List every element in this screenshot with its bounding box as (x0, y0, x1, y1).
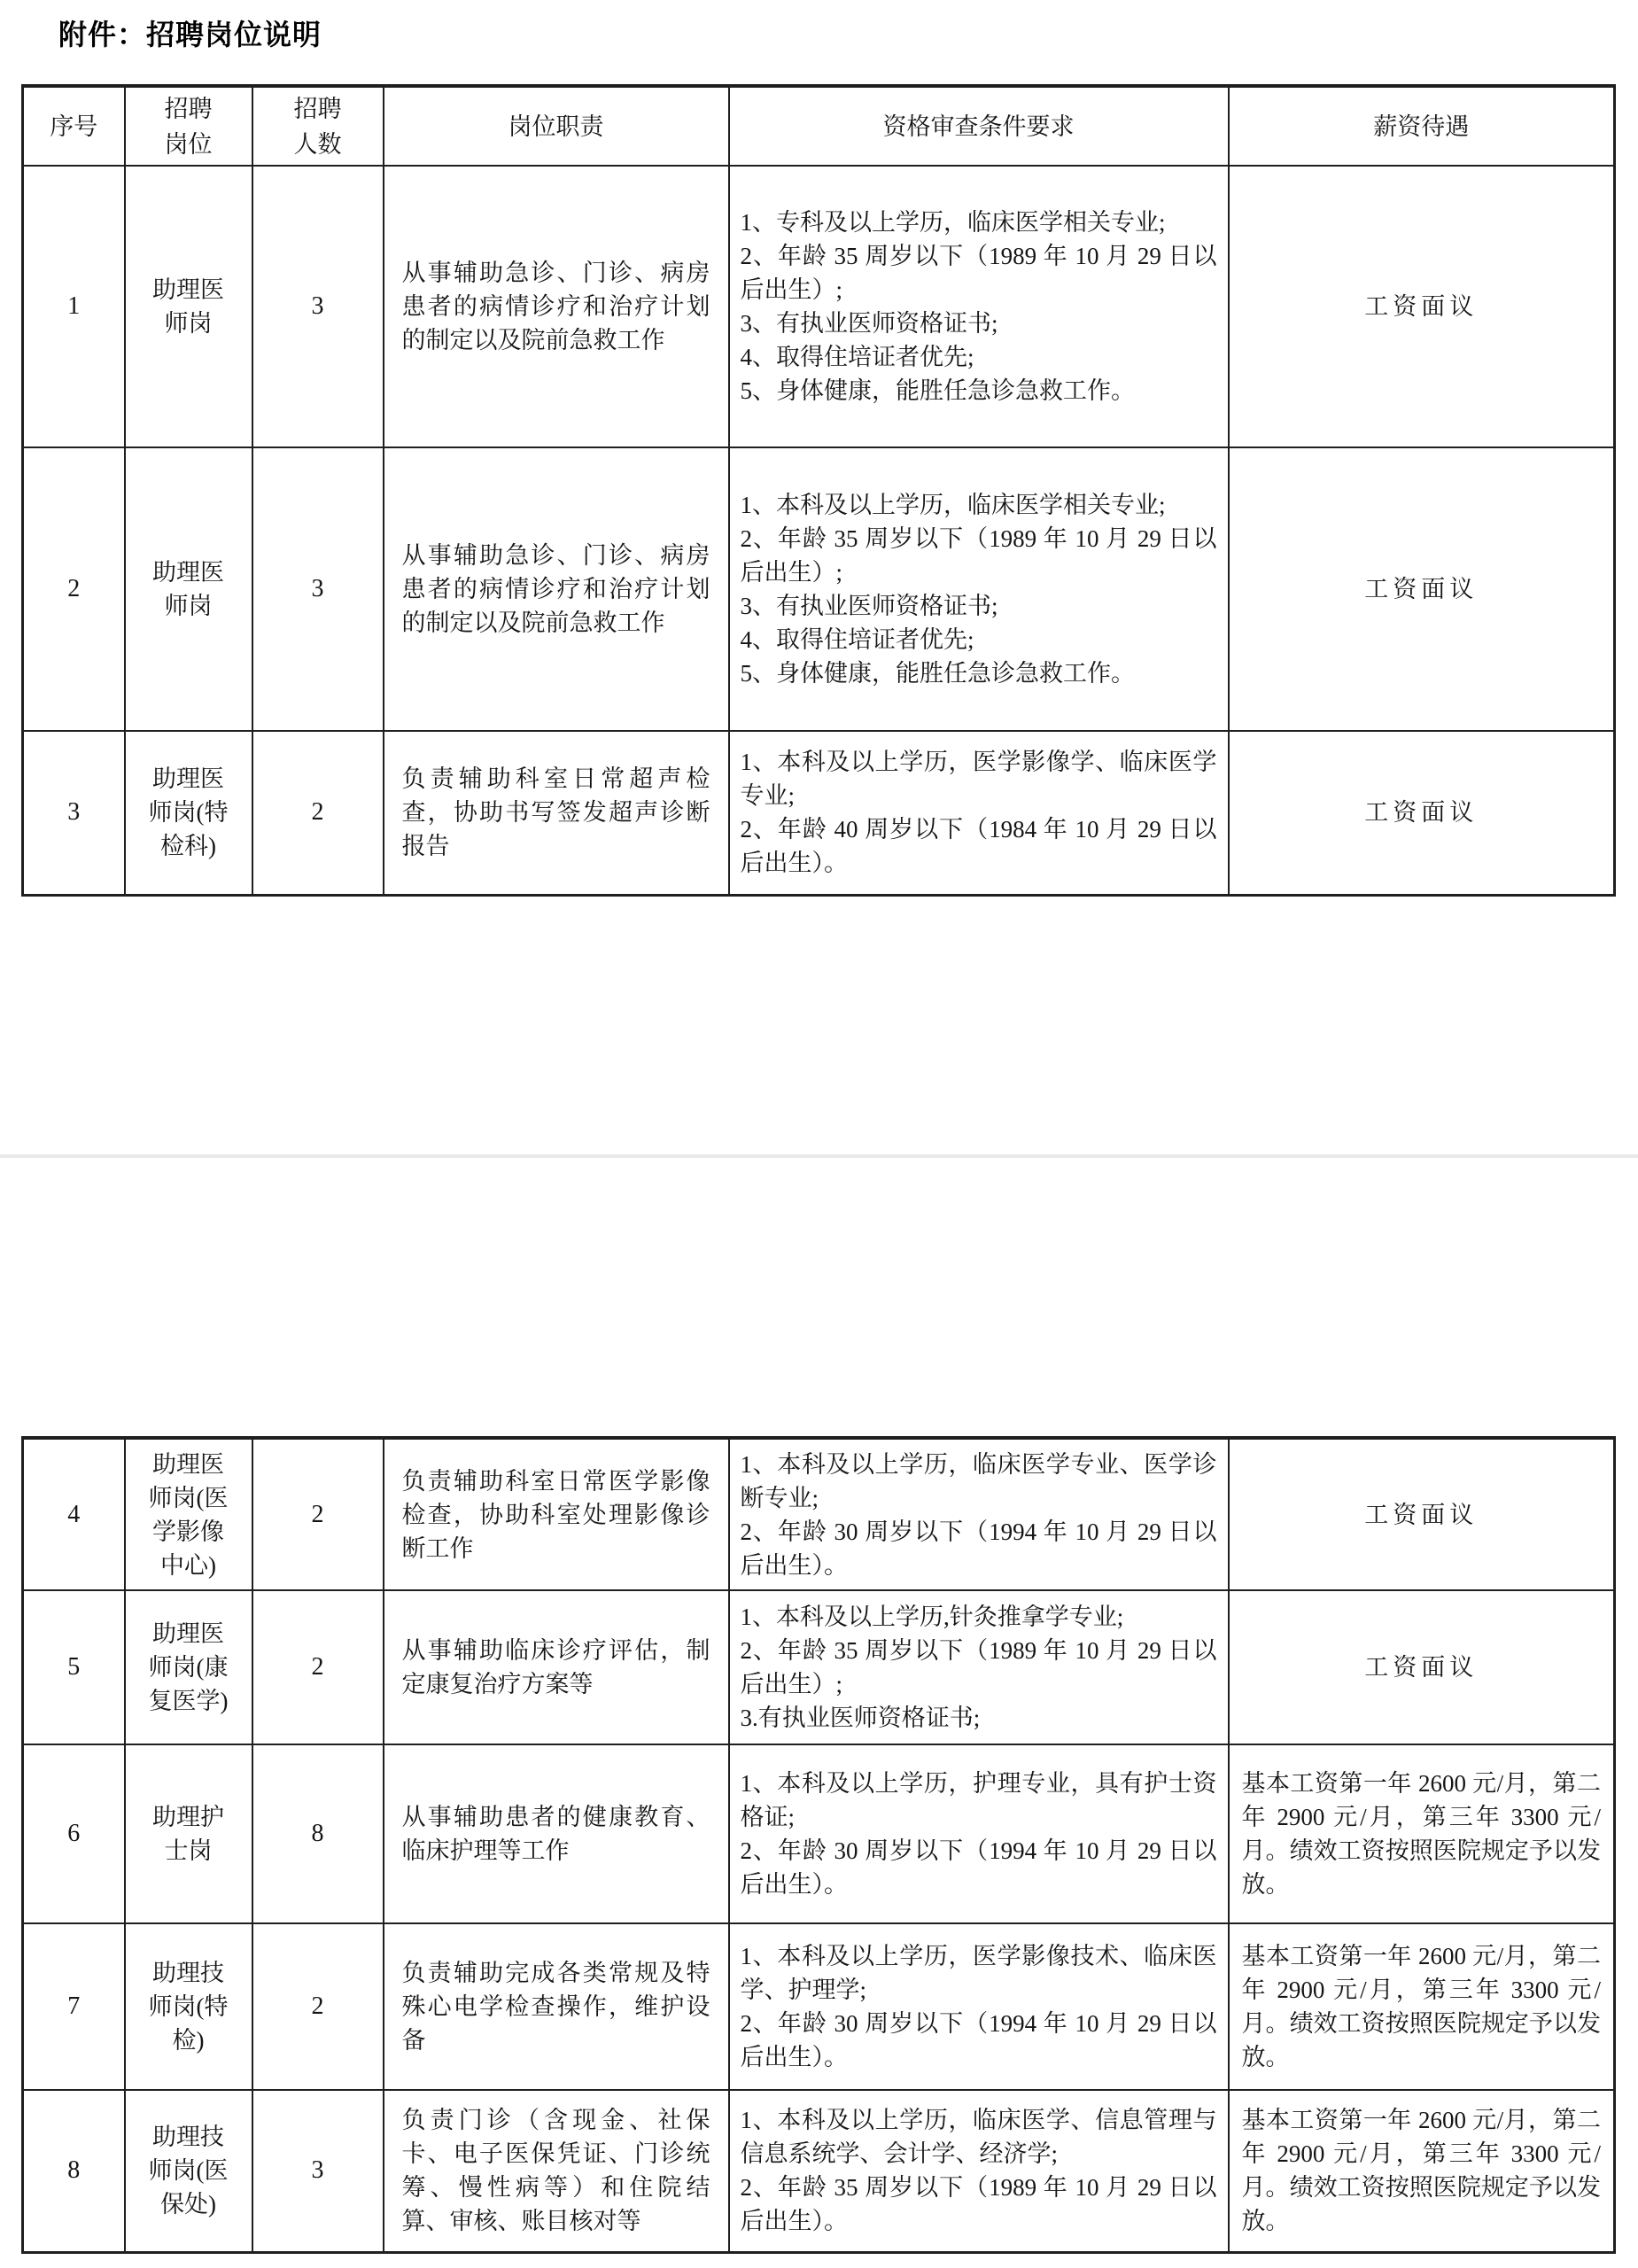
duty-cell: 负责辅助科室日常医学影像检查，协助科室处理影像诊断工作 (384, 1438, 729, 1590)
row-number-cell: 4 (23, 1438, 125, 1590)
headcount-cell: 3 (252, 2090, 384, 2252)
headcount-cell: 2 (252, 1590, 384, 1744)
headcount-cell: 3 (252, 447, 384, 731)
table-row: 5 助理医师岗(康复医学) 2 从事辅助临床诊疗评估，制定康复治疗方案等 1、本… (23, 1590, 1615, 1744)
table-row: 7 助理技师岗(特检) 2 负责辅助完成各类常规及特殊心电学检查操作，维护设备 … (23, 1923, 1615, 2090)
header-salary: 薪资待遇 (1229, 86, 1615, 166)
table-row: 6 助理护士岗 8 从事辅助患者的健康教育、临床护理等工作 1、本科及以上学历，… (23, 1744, 1615, 1923)
qualification-item: 1、本科及以上学历，医学影像学、临床医学专业; (741, 745, 1217, 812)
row-number-cell: 8 (23, 2090, 125, 2252)
qualification-item: 1、本科及以上学历,针灸推拿学专业; (741, 1600, 1217, 1634)
row-number-cell: 1 (23, 166, 125, 447)
qualification-item: 1、本科及以上学历，护理专业，具有护士资格证; (741, 1767, 1217, 1834)
qualification-item: 5、身体健康，能胜任急诊急救工作。 (741, 656, 1217, 690)
attachment-title: 附件：招聘岗位说明 (58, 12, 322, 53)
table-header-row: 序号 招聘 岗位 招聘 人数 岗位职责 资格审查条件要求 薪资待遇 (23, 86, 1615, 166)
qualification-item: 1、专科及以上学历，临床医学相关专业; (741, 206, 1217, 239)
position-cell: 助理技师岗(医保处) (125, 2090, 252, 2252)
salary-cell: 工资面议 (1229, 1438, 1615, 1590)
headcount-cell: 2 (252, 731, 384, 895)
qualification-item: 2、年龄 30 周岁以下（1994 年 10 月 29 日以后出生）。 (741, 2007, 1217, 2074)
qualification-item: 5、身体健康，能胜任急诊急救工作。 (741, 374, 1217, 408)
headcount-cell: 2 (252, 1438, 384, 1590)
salary-cell: 基本工资第一年 2600 元/月，第二年 2900 元/月，第三年 3300 元… (1229, 2090, 1615, 2252)
header-duty: 岗位职责 (384, 86, 729, 166)
qualification-item: 3、有执业医师资格证书; (741, 589, 1217, 623)
qualification-item: 3、有执业医师资格证书; (741, 307, 1217, 340)
qualification-item: 1、本科及以上学历，临床医学相关专业; (741, 488, 1217, 522)
duty-cell: 从事辅助患者的健康教育、临床护理等工作 (384, 1744, 729, 1923)
qualification-item: 2、年龄 35 周岁以下（1989 年 10 月 29 日以后出生）; (741, 1634, 1217, 1701)
salary-cell: 工资面议 (1229, 1590, 1615, 1744)
qualification-item: 2、年龄 35 周岁以下（1989 年 10 月 29 日以后出生）。 (741, 2171, 1217, 2238)
row-number-cell: 5 (23, 1590, 125, 1744)
position-cell: 助理医师岗 (125, 447, 252, 731)
position-cell: 助理医师岗(医学影像中心) (125, 1438, 252, 1590)
qualifications-cell: 1、专科及以上学历，临床医学相关专业; 2、年龄 35 周岁以下（1989 年 … (729, 166, 1229, 447)
qualifications-cell: 1、本科及以上学历，护理专业，具有护士资格证; 2、年龄 30 周岁以下（199… (729, 1744, 1229, 1923)
recruitment-table-page1: 序号 招聘 岗位 招聘 人数 岗位职责 资格审查条件要求 薪资待遇 1 助理医师… (21, 84, 1616, 897)
qualification-item: 2、年龄 30 周岁以下（1994 年 10 月 29 日以后出生）。 (741, 1834, 1217, 1901)
qualifications-cell: 1、本科及以上学历，临床医学相关专业; 2、年龄 35 周岁以下（1989 年 … (729, 447, 1229, 731)
qualification-item: 4、取得住培证者优先; (741, 623, 1217, 656)
qualification-item: 4、取得住培证者优先; (741, 340, 1217, 374)
duty-cell: 负责辅助完成各类常规及特殊心电学检查操作，维护设备 (384, 1923, 729, 2090)
table-row: 8 助理技师岗(医保处) 3 负责门诊（含现金、社保卡、电子医保凭证、门诊统筹、… (23, 2090, 1615, 2252)
qualifications-cell: 1、本科及以上学历，临床医学专业、医学诊断专业; 2、年龄 30 周岁以下（19… (729, 1438, 1229, 1590)
qualifications-cell: 1、本科及以上学历,针灸推拿学专业; 2、年龄 35 周岁以下（1989 年 1… (729, 1590, 1229, 1744)
headcount-cell: 2 (252, 1923, 384, 2090)
salary-cell: 基本工资第一年 2600 元/月，第二年 2900 元/月，第三年 3300 元… (1229, 1744, 1615, 1923)
qualifications-cell: 1、本科及以上学历，临床医学、信息管理与信息系统学、会计学、经济学; 2、年龄 … (729, 2090, 1229, 2252)
duty-cell: 负责辅助科室日常超声检查，协助书写签发超声诊断报告 (384, 731, 729, 895)
document-page: 附件：招聘岗位说明 序号 招聘 岗位 招聘 人数 岗位职责 资格审查条件要求 薪… (0, 0, 1638, 2268)
salary-cell: 基本工资第一年 2600 元/月，第二年 2900 元/月，第三年 3300 元… (1229, 1923, 1615, 2090)
duty-cell: 负责门诊（含现金、社保卡、电子医保凭证、门诊统筹、慢性病等）和住院结算、审核、账… (384, 2090, 729, 2252)
duty-cell: 从事辅助临床诊疗评估，制定康复治疗方案等 (384, 1590, 729, 1744)
row-number-cell: 2 (23, 447, 125, 731)
table-row: 4 助理医师岗(医学影像中心) 2 负责辅助科室日常医学影像检查，协助科室处理影… (23, 1438, 1615, 1590)
qualification-item: 1、本科及以上学历，临床医学专业、医学诊断专业; (741, 1448, 1217, 1515)
qualifications-cell: 1、本科及以上学历，医学影像技术、临床医学、护理学; 2、年龄 30 周岁以下（… (729, 1923, 1229, 2090)
table-row: 3 助理医师岗(特检科) 2 负责辅助科室日常超声检查，协助书写签发超声诊断报告… (23, 731, 1615, 895)
row-number-cell: 3 (23, 731, 125, 895)
headcount-cell: 3 (252, 166, 384, 447)
duty-cell: 从事辅助急诊、门诊、病房患者的病情诊疗和治疗计划的制定以及院前急救工作 (384, 447, 729, 731)
position-cell: 助理医师岗 (125, 166, 252, 447)
duty-cell: 从事辅助急诊、门诊、病房患者的病情诊疗和治疗计划的制定以及院前急救工作 (384, 166, 729, 447)
position-cell: 助理护士岗 (125, 1744, 252, 1923)
qualification-item: 1、本科及以上学历，临床医学、信息管理与信息系统学、会计学、经济学; (741, 2103, 1217, 2171)
qualification-item: 2、年龄 35 周岁以下（1989 年 10 月 29 日以后出生）; (741, 522, 1217, 589)
page-break-divider (0, 1154, 1638, 1158)
row-number-cell: 7 (23, 1923, 125, 2090)
header-serial: 序号 (23, 86, 125, 166)
salary-cell: 工资面议 (1229, 166, 1615, 447)
qualification-item: 2、年龄 40 周岁以下（1984 年 10 月 29 日以后出生）。 (741, 812, 1217, 880)
recruitment-table-page2: 4 助理医师岗(医学影像中心) 2 负责辅助科室日常医学影像检查，协助科室处理影… (21, 1436, 1616, 2254)
qualification-item: 2、年龄 35 周岁以下（1989 年 10 月 29 日以后出生）; (741, 239, 1217, 307)
position-cell: 助理医师岗(康复医学) (125, 1590, 252, 1744)
qualification-item: 3.有执业医师资格证书; (741, 1701, 1217, 1735)
row-number-cell: 6 (23, 1744, 125, 1923)
qualification-item: 1、本科及以上学历，医学影像技术、临床医学、护理学; (741, 1939, 1217, 2007)
position-cell: 助理医师岗(特检科) (125, 731, 252, 895)
table-row: 1 助理医师岗 3 从事辅助急诊、门诊、病房患者的病情诊疗和治疗计划的制定以及院… (23, 166, 1615, 447)
qualification-item: 2、年龄 30 周岁以下（1994 年 10 月 29 日以后出生）。 (741, 1515, 1217, 1582)
header-headcount: 招聘 人数 (252, 86, 384, 166)
header-qualification: 资格审查条件要求 (729, 86, 1229, 166)
header-position: 招聘 岗位 (125, 86, 252, 166)
salary-cell: 工资面议 (1229, 447, 1615, 731)
position-cell: 助理技师岗(特检) (125, 1923, 252, 2090)
salary-cell: 工资面议 (1229, 731, 1615, 895)
table-row: 2 助理医师岗 3 从事辅助急诊、门诊、病房患者的病情诊疗和治疗计划的制定以及院… (23, 447, 1615, 731)
qualifications-cell: 1、本科及以上学历，医学影像学、临床医学专业; 2、年龄 40 周岁以下（198… (729, 731, 1229, 895)
headcount-cell: 8 (252, 1744, 384, 1923)
